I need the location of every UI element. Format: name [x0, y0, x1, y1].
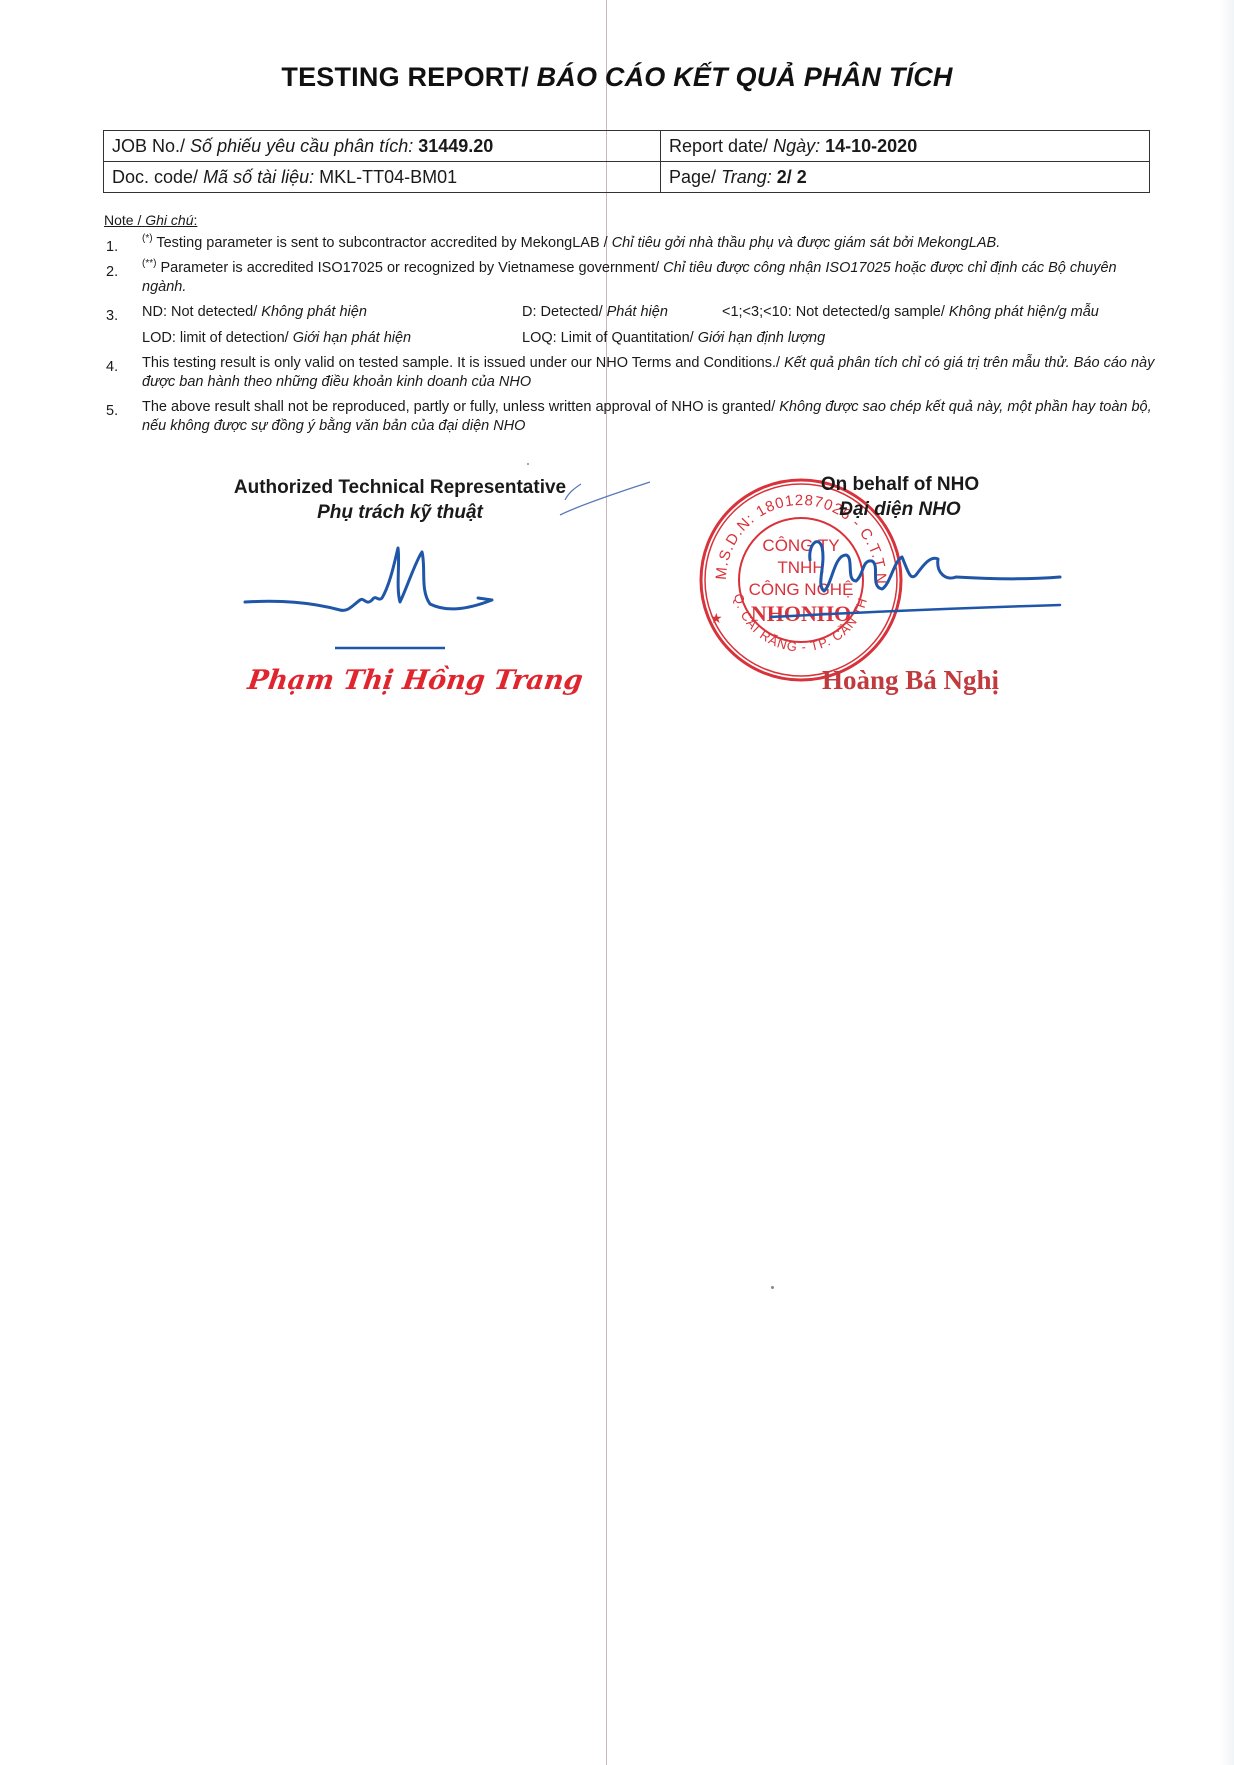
notes-list: 1. (*) Testing parameter is sent to subc… — [104, 234, 1156, 442]
svg-text:★: ★ — [710, 610, 723, 626]
technical-representative-name: Phạm Thị Hồng Trang — [246, 665, 585, 696]
technical-representative-block: Authorized Technical Representative Phụ … — [190, 475, 610, 525]
scan-speck — [527, 463, 529, 465]
report-info-table: JOB No./ Số phiếu yêu cầu phân tích: 314… — [103, 130, 1150, 193]
note-item: 2. (**) Parameter is accredited ISO17025… — [104, 259, 1156, 297]
notes-heading: Note / Ghi chú: — [104, 212, 197, 228]
page-number-value: 2/ 2 — [777, 167, 807, 187]
signature-icon — [770, 525, 1070, 645]
page-number-cell: Page/ Trang: 2/ 2 — [661, 162, 1150, 193]
title-vietnamese: BÁO CÁO KẾT QUẢ PHÂN TÍCH — [537, 62, 953, 92]
company-representative-name: Hoàng Bá Nghị — [822, 665, 999, 696]
company-representative-block: On behalf of NHO Đại diện NHO — [770, 472, 1030, 522]
report-date-value: 14-10-2020 — [825, 136, 917, 156]
scan-speck — [771, 1286, 774, 1289]
page-title: TESTING REPORT/ BÁO CÁO KẾT QUẢ PHÂN TÍC… — [0, 62, 1234, 93]
technical-representative-title-vi: Phụ trách kỹ thuật — [190, 500, 610, 525]
doc-code-cell: Doc. code/ Mã số tài liệu: MKL-TT04-BM01 — [104, 162, 661, 193]
report-date-cell: Report date/ Ngày: 14-10-2020 — [661, 131, 1150, 162]
job-number-value: 31449.20 — [418, 136, 493, 156]
note-item: 1. (*) Testing parameter is sent to subc… — [104, 234, 1156, 253]
note-item-abbreviations: 3. ND: Not detected/ Không phát hiện D: … — [104, 303, 1156, 348]
initials-mark-icon — [555, 470, 655, 520]
note-item: 5. The above result shall not be reprodu… — [104, 398, 1156, 436]
accredited-mark: (**) — [142, 258, 156, 269]
company-representative-title-vi: Đại diện NHO — [770, 497, 1030, 522]
scan-edge-shadow — [1220, 0, 1234, 1765]
company-representative-title: On behalf of NHO — [770, 472, 1030, 497]
note-item: 4. This testing result is only valid on … — [104, 354, 1156, 392]
technical-representative-title: Authorized Technical Representative — [190, 475, 610, 500]
subcontractor-mark: (*) — [142, 233, 153, 244]
signature-icon — [240, 540, 520, 660]
job-number-cell: JOB No./ Số phiếu yêu cầu phân tích: 314… — [104, 131, 661, 162]
title-english: TESTING REPORT/ — [281, 62, 529, 92]
doc-code-value: MKL-TT04-BM01 — [319, 167, 457, 187]
